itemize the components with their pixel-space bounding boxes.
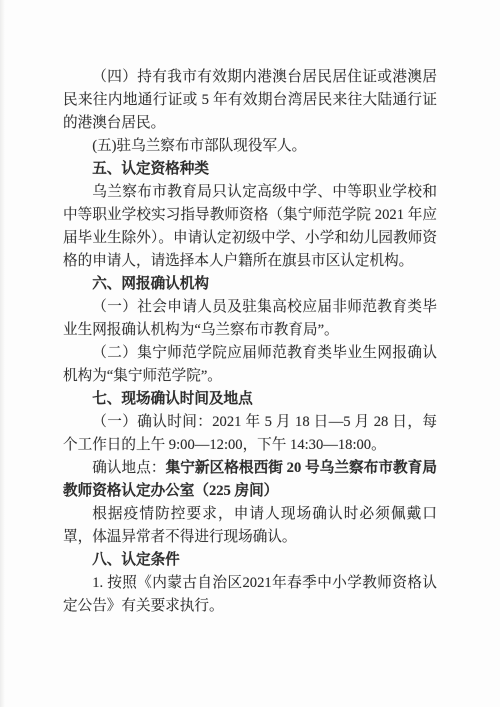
text-run: 六、网报确认机构 <box>92 276 209 292</box>
text-run: 确认地点： <box>92 460 165 476</box>
section-heading: 七、现场确认时间及地点 <box>63 388 437 411</box>
text-run: （一）社会申请人员及驻集高校应届非师范教育类毕业生网报确认机构为“乌兰察布市教育… <box>63 299 437 338</box>
text-run: 乌兰察布市教育局只认定高级中学、中等职业学校和中等职业学校实习指导教师资格（集宁… <box>63 184 437 269</box>
paragraph: （一）社会申请人员及驻集高校应届非师范教育类毕业生网报确认机构为“乌兰察布市教育… <box>63 296 437 342</box>
section-heading: 八、认定条件 <box>63 549 437 572</box>
text-run: 1. 按照《内蒙古自治区2021年春季中小学教师资格认定公告》有关要求执行。 <box>63 575 437 614</box>
text-run: （二）集宁师范学院应届师范教育类毕业生网报确认机构为“集宁师范学院”。 <box>63 345 437 384</box>
paragraph: 1. 按照《内蒙古自治区2021年春季中小学教师资格认定公告》有关要求执行。 <box>63 572 437 618</box>
text-run: 七、现场确认时间及地点 <box>92 391 253 407</box>
section-heading: 五、认定资格种类 <box>63 158 437 181</box>
text-run: 八、认定条件 <box>92 552 180 568</box>
paragraph: 确认地点：集宁新区格根西街 20 号乌兰察布市教育局教师资格认定办公室（225 … <box>63 457 437 503</box>
scan-edge-shadow <box>0 0 5 707</box>
document-body: （四）持有我市有效期内港澳台居民居住证或港澳居民来往内地通行证或 5 年有效期台… <box>63 66 437 618</box>
text-run: 根据疫情防控要求，申请人现场确认时必须佩戴口罩，体温异常者不得进行现场确认。 <box>63 506 437 545</box>
text-run: (五)驻乌兰察布市部队现役军人。 <box>92 138 306 154</box>
text-run: （一）确认时间：2021 年 5 月 18 日—5 月 28 日，每个工作日的上… <box>63 414 437 453</box>
paragraph: 根据疫情防控要求，申请人现场确认时必须佩戴口罩，体温异常者不得进行现场确认。 <box>63 503 437 549</box>
section-heading: 六、网报确认机构 <box>63 273 437 296</box>
text-run: （四）持有我市有效期内港澳台居民居住证或港澳居民来往内地通行证或 5 年有效期台… <box>63 69 437 131</box>
paragraph: （二）集宁师范学院应届师范教育类毕业生网报确认机构为“集宁师范学院”。 <box>63 342 437 388</box>
paragraph: (五)驻乌兰察布市部队现役军人。 <box>63 135 437 158</box>
text-run: 五、认定资格种类 <box>92 161 209 177</box>
paragraph: 乌兰察布市教育局只认定高级中学、中等职业学校和中等职业学校实习指导教师资格（集宁… <box>63 181 437 273</box>
paragraph: （四）持有我市有效期内港澳台居民居住证或港澳居民来往内地通行证或 5 年有效期台… <box>63 66 437 135</box>
paragraph: （一）确认时间：2021 年 5 月 18 日—5 月 28 日，每个工作日的上… <box>63 411 437 457</box>
scanned-document-page: （四）持有我市有效期内港澳台居民居住证或港澳居民来往内地通行证或 5 年有效期台… <box>0 0 500 707</box>
